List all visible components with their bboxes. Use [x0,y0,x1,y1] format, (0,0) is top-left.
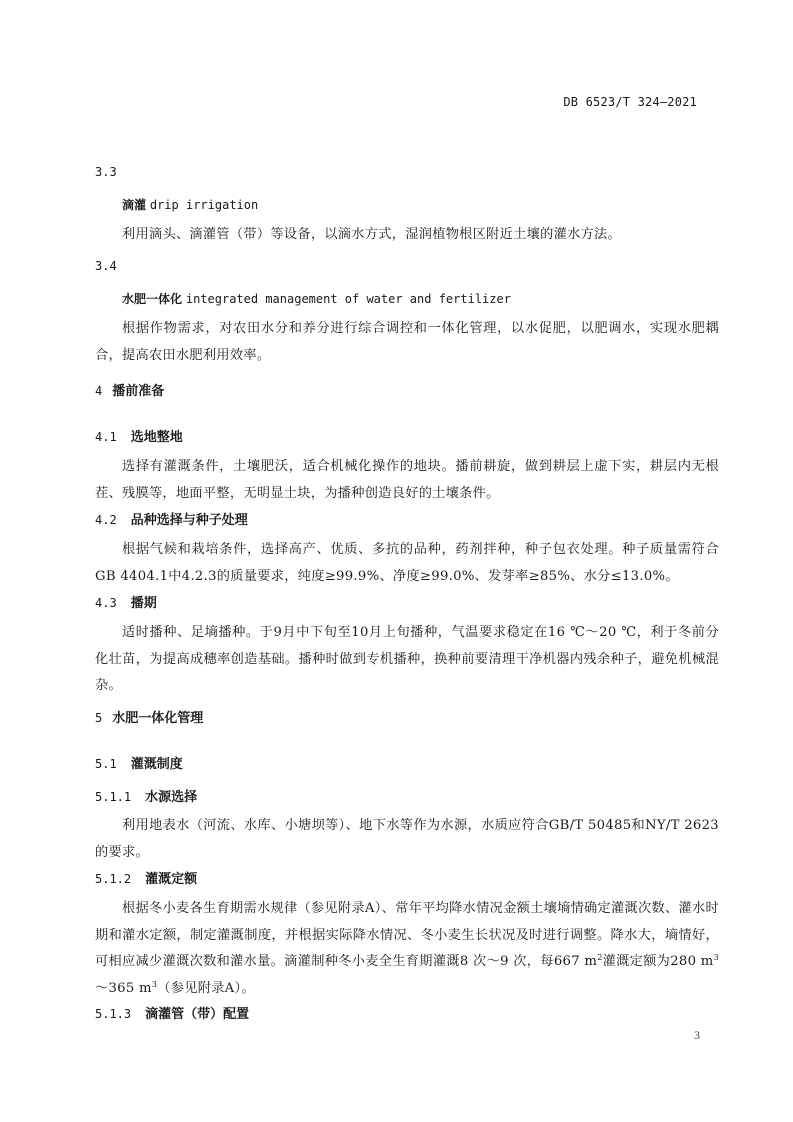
definition-3-4: 根据作物需求，对农田水分和养分进行综合调控和一体化管理，以水促肥，以肥调水，实现… [95,316,719,369]
heading-5-1-2: 5.1.2灌溉定额 [95,868,197,887]
heading-5-1: 5.1灌溉制度 [95,753,183,772]
heading-4-2: 4.2品种选择与种子处理 [95,509,248,528]
term-3-3: 滴灌 drip irrigation [122,196,258,213]
body-4-3: 适时播种、足墒播种。于9月中下旬至10月上旬播种，气温要求稳定在16 ℃～20 … [95,620,719,700]
body-4-1: 选择有灌溉条件，土壤肥沃，适合机械化操作的地块。播前耕旋，做到耕层上虚下实，耕层… [95,454,719,507]
standard-code: DB 6523/T 324—2021 [563,95,697,109]
heading-4-3: 4.3播期 [95,592,157,611]
heading-5-1-3: 5.1.3滴灌管（带）配置 [95,1003,249,1022]
heading-5-1-1: 5.1.1水源选择 [95,786,197,805]
heading-5: 5水肥一体化管理 [95,707,203,726]
body-5-1-2: 根据冬小麦各生育期需水规律（参见附录A）、常年平均降水情况金额土壤墒情确定灌溉次… [95,896,719,1002]
term-3-4: 水肥一体化 integrated management of water and… [122,290,511,307]
clause-number-3-4: 3.4 [95,259,117,273]
body-5-1-1: 利用地表水（河流、水库、小塘坝等）、地下水等作为水源，水质应符合GB/T 504… [95,813,719,866]
term-zh: 水肥一体化 [122,292,182,306]
definition-3-3: 利用滴头、滴灌管（带）等设备，以滴水方式，湿润植物根区附近土壤的灌水方法。 [95,222,719,249]
term-zh: 滴灌 [122,198,146,212]
body-4-2: 根据气候和栽培条件，选择高产、优质、多抗的品种，药剂拌种，种子包衣处理。种子质量… [95,537,719,590]
clause-number-3-3: 3.3 [95,165,117,179]
term-en: integrated management of water and ferti… [186,292,511,306]
term-en: drip irrigation [150,198,258,212]
heading-4: 4播前准备 [95,380,164,399]
page-number: 3 [694,1028,700,1043]
heading-4-1: 4.1选地整地 [95,426,183,445]
